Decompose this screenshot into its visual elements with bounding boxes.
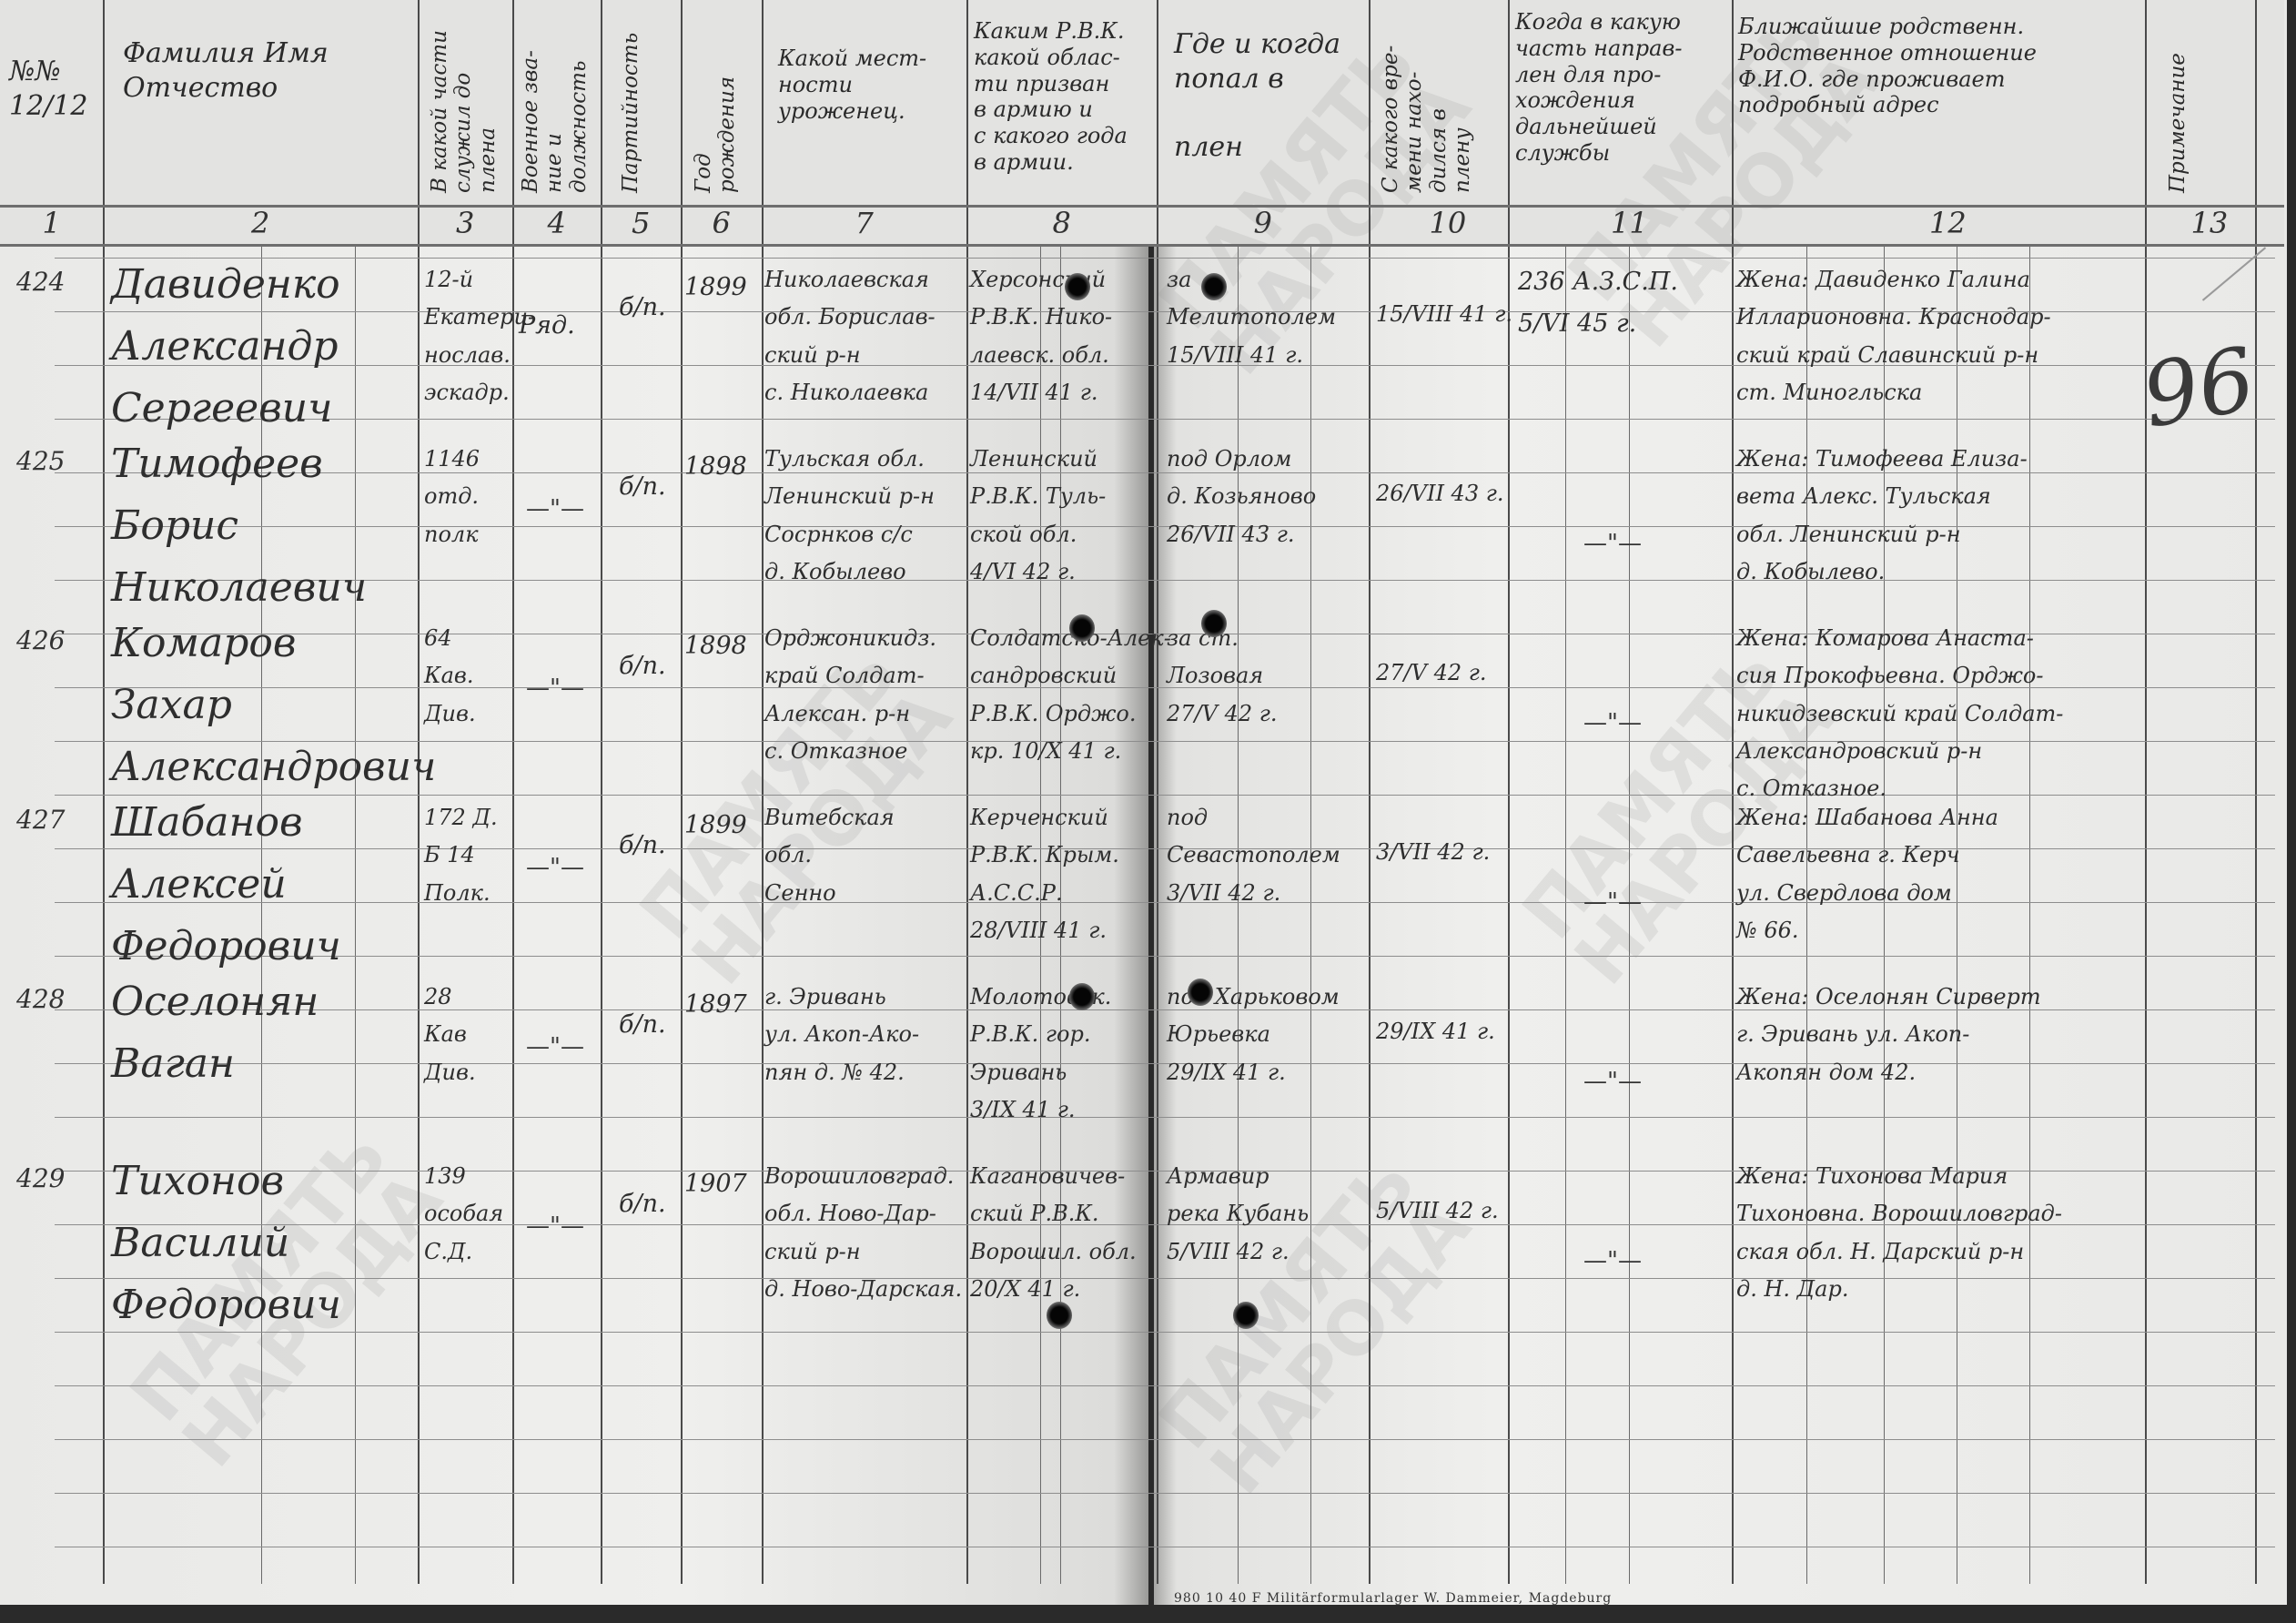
column-rule <box>1369 0 1371 1584</box>
nearest-relatives: Жена: Комарова Анаста- сия Прокофьевна. … <box>1736 620 2063 807</box>
column-number-8: 8 <box>1053 206 1071 240</box>
birthplace: Николаевская обл. Борислав- ский р-н с. … <box>764 261 936 411</box>
place-date-captured: Армавир река Кубань 5/VIII 42 г. <box>1167 1158 1309 1271</box>
further-service: —"— <box>1583 530 1642 557</box>
sub-column-rule <box>1565 244 1566 1584</box>
further-service: —"— <box>1583 888 1642 916</box>
row-number: 424 <box>16 267 65 297</box>
hole-damage <box>1069 614 1095 642</box>
column-header-11: Когда в какую часть направ- лен для про-… <box>1515 9 1682 167</box>
unit-before-capture: 1146 отд. полк <box>424 441 480 553</box>
hole-damage <box>1201 273 1227 300</box>
further-service: —"— <box>1583 1068 1642 1095</box>
prisoner-name: Шабанов Алексей Федорович <box>111 792 341 979</box>
ruled-line <box>55 1547 2275 1547</box>
column-header-10: С какого вре- мени нахо- дился в плену <box>1379 46 1475 193</box>
column-header-1: №№ 12/12 <box>9 55 87 123</box>
further-service: 236 А.З.С.П. 5/VI 45 г. <box>1518 261 1678 346</box>
column-header-5: Партийность <box>619 33 642 193</box>
ruled-line <box>55 1439 2275 1440</box>
ruled-line <box>55 419 2275 420</box>
place-date-captured: под Орлом д. Козьяново 26/VII 43 г. <box>1167 441 1316 553</box>
column-number-2: 2 <box>251 206 269 240</box>
column-number-5: 5 <box>632 206 650 240</box>
conscription-rvk: Солдатско-Алек- сандровский Р.В.К. Орджо… <box>970 620 1171 770</box>
in-captivity-since: 3/VII 42 г. <box>1376 834 1490 871</box>
column-number-7: 7 <box>855 206 874 240</box>
birthplace: Ворошиловград. обл. Ново-Дар- ский р-н д… <box>764 1158 962 1308</box>
ruled-line <box>55 1117 2275 1118</box>
ruled-line <box>55 956 2275 957</box>
ruled-line <box>55 1493 2275 1494</box>
column-rule <box>681 0 683 1584</box>
unit-before-capture: 64 Кав. Див. <box>424 620 476 733</box>
conscription-rvk: Кагановичев- ский Р.В.К. Ворошил. обл. 2… <box>970 1158 1137 1308</box>
conscription-rvk: Керченский Р.В.К. Крым. А.С.С.Р. 28/VIII… <box>970 799 1119 949</box>
in-captivity-since: 27/V 42 г. <box>1376 654 1487 692</box>
hole-damage <box>1065 273 1090 300</box>
unit-before-capture: 28 Кав Див. <box>424 979 476 1091</box>
column-rule <box>512 0 514 1584</box>
nearest-relatives: Жена: Тимофеева Елиза- вета Алекс. Тульс… <box>1736 441 2028 591</box>
birth-year: 1898 <box>684 625 747 667</box>
column-number-4: 4 <box>548 206 566 240</box>
party-affiliation: б/п. <box>619 825 666 867</box>
place-date-captured: под Севастополем 3/VII 42 г. <box>1167 799 1340 912</box>
column-header-13: Примечание <box>2166 53 2190 193</box>
row-number: 427 <box>16 805 65 835</box>
column-number-12: 12 <box>1929 206 1967 240</box>
birth-year: 1899 <box>684 267 747 309</box>
nearest-relatives: Жена: Давиденко Галина Илларионовна. Кра… <box>1736 261 2051 411</box>
column-number-13: 13 <box>2191 206 2229 240</box>
column-header-3: В какой части служил до плена <box>428 30 500 193</box>
column-rule <box>1508 0 1510 1584</box>
header-rule <box>0 244 2284 247</box>
ruled-line <box>55 1332 2275 1333</box>
military-rank: Ряд. <box>519 305 575 347</box>
hole-damage <box>1188 979 1213 1006</box>
place-date-captured: за ст. Лозовая 27/V 42 г. <box>1167 620 1278 733</box>
nearest-relatives: Жена: Шабанова Анна Савельевна г. Керч у… <box>1736 799 1998 949</box>
party-affiliation: б/п. <box>619 1004 666 1046</box>
hole-damage <box>1047 1302 1072 1329</box>
birthplace: г. Эривань ул. Акоп-Ако- пян д. № 42. <box>764 979 919 1091</box>
prisoner-name: Комаров Захар Александрович <box>111 613 436 799</box>
conscription-rvk: Херсонский Р.В.К. Нико- лаевск. обл. 14/… <box>970 261 1112 411</box>
nearest-relatives: Жена: Оселонян Сирверт г. Эривань ул. Ак… <box>1736 979 2041 1091</box>
party-affiliation: б/п. <box>619 1183 666 1225</box>
place-date-captured: за Мелитополем 15/VIII 41 г. <box>1167 261 1336 374</box>
birthplace: Витебская обл. Сенно <box>764 799 895 912</box>
party-affiliation: б/п. <box>619 287 666 329</box>
column-rule <box>2255 0 2257 1584</box>
hole-damage <box>1233 1302 1259 1329</box>
column-rule <box>1732 0 1734 1584</box>
unit-before-capture: 172 Д. Б 14 Полк. <box>424 799 498 912</box>
prisoner-name: Оселонян Ваган <box>111 971 319 1095</box>
column-header-2: Фамилия Имя Отчество <box>123 36 329 105</box>
column-number-11: 11 <box>1611 206 1648 240</box>
column-number-10: 10 <box>1430 206 1467 240</box>
further-service: —"— <box>1583 1247 1642 1274</box>
column-header-12: Ближайшие родственн. Родственное отношен… <box>1738 14 2037 118</box>
military-rank: —"— <box>526 1212 584 1240</box>
birth-year: 1899 <box>684 805 747 847</box>
in-captivity-since: 5/VIII 42 г. <box>1376 1192 1499 1230</box>
printer-imprint: 980 10 40 F Militärformularlager W. Damm… <box>1174 1591 1612 1606</box>
column-rule <box>762 0 764 1584</box>
birthplace: Орджоникидз. край Солдат- Алексан. р-н с… <box>764 620 936 770</box>
military-rank: —"— <box>526 1033 584 1060</box>
column-header-8: Каким Р.В.К. какой облас- ти призван в а… <box>974 18 1128 176</box>
column-rule <box>103 0 105 1584</box>
column-rule <box>1157 0 1158 1584</box>
military-rank: —"— <box>526 495 584 522</box>
row-number: 426 <box>16 625 65 655</box>
birth-year: 1897 <box>684 984 747 1026</box>
row-number: 428 <box>16 984 65 1014</box>
nearest-relatives: Жена: Тихонова Мария Тихоновна. Ворошило… <box>1736 1158 2062 1308</box>
in-captivity-since: 26/VII 43 г. <box>1376 475 1503 512</box>
ruled-line <box>55 258 2275 259</box>
document-scan: ПАМЯТЬ НАРОДАПАМЯТЬ НАРОДАПАМЯТЬ НАРОДАП… <box>0 0 2296 1623</box>
party-affiliation: б/п. <box>619 645 666 687</box>
conscription-rvk: Ленинский Р.В.К. Туль- ской обл. 4/VI 42… <box>970 441 1106 591</box>
column-number-9: 9 <box>1254 206 1272 240</box>
further-service: —"— <box>1583 709 1642 736</box>
in-captivity-since: 29/IX 41 г. <box>1376 1013 1495 1050</box>
column-header-4: Военное зва- ние и должность <box>519 50 591 193</box>
column-rule <box>601 0 602 1584</box>
column-header-6: Год рождения <box>692 76 740 193</box>
prisoner-name: Давиденко Александр Сергеевич <box>111 254 340 441</box>
unit-before-capture: 139 особая С.Д. <box>424 1158 503 1271</box>
prisoner-name: Тихонов Василий Федорович <box>111 1151 341 1337</box>
row-number: 429 <box>16 1163 65 1193</box>
column-rule <box>2145 0 2147 1584</box>
military-rank: —"— <box>526 854 584 881</box>
column-header-7: Какой мест- ности уроженец. <box>778 46 926 124</box>
page-number-annotation: 96 <box>2135 328 2262 448</box>
column-number-3: 3 <box>456 206 474 240</box>
party-affiliation: б/п. <box>619 466 666 508</box>
row-number: 425 <box>16 446 65 476</box>
column-header-9: Где и когда попал в плен <box>1174 27 1340 164</box>
in-captivity-since: 15/VIII 41 г. <box>1376 296 1512 333</box>
column-number-6: 6 <box>713 206 731 240</box>
column-number-1: 1 <box>43 206 61 240</box>
birth-year: 1907 <box>684 1163 747 1205</box>
sub-column-rule <box>2029 244 2030 1584</box>
birth-year: 1898 <box>684 446 747 488</box>
column-rule <box>966 0 968 1584</box>
hole-damage <box>1069 983 1095 1010</box>
birthplace: Тульская обл. Ленинский р-н Сосрнков с/с… <box>764 441 935 591</box>
military-rank: —"— <box>526 675 584 702</box>
ruled-line <box>55 1385 2275 1386</box>
prisoner-name: Тимофеев Борис Николаевич <box>111 433 367 620</box>
hole-damage <box>1201 610 1227 637</box>
